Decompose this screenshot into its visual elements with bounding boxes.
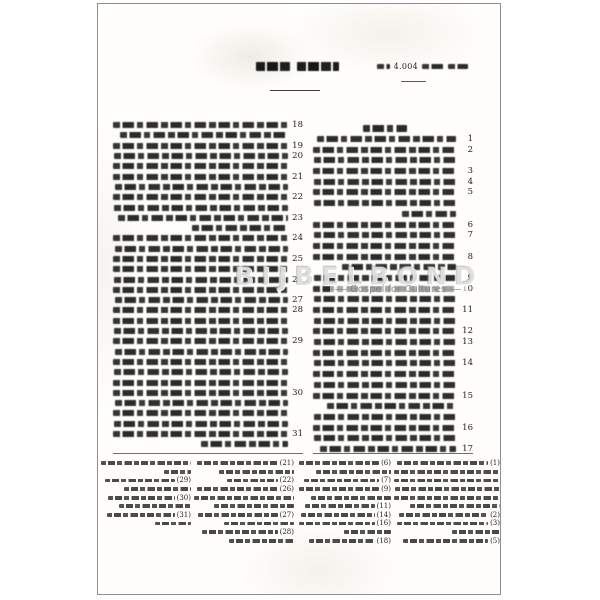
footnote-line: [194, 536, 294, 545]
footnote-number: (1): [490, 459, 500, 467]
text-row: [313, 198, 473, 209]
text-line: [314, 200, 456, 206]
text-row: [313, 262, 473, 273]
text-line: [313, 328, 456, 334]
text-line: [314, 296, 456, 302]
footnote-number: (21): [280, 459, 294, 467]
footnote-line: [297, 468, 391, 477]
date-underline: [401, 81, 426, 82]
text-row: 15: [313, 390, 473, 401]
text-row: 10: [313, 283, 473, 294]
footnote-number: (26): [280, 485, 294, 493]
footnote-number: (6): [381, 459, 391, 467]
footnote-number: (31): [177, 511, 191, 519]
text-row: [313, 401, 473, 412]
text-row: 12: [313, 326, 473, 337]
footnote-column: (29)(30)(31): [101, 459, 191, 545]
verse-number: 29: [288, 336, 303, 346]
text-line: [320, 446, 456, 452]
footnote-line: [394, 485, 500, 494]
footnote-line: (27): [194, 511, 294, 520]
text-row: 16: [313, 422, 473, 433]
text-line: [113, 266, 288, 272]
text-line: [313, 307, 456, 313]
text-line: [113, 318, 288, 324]
verse-number: 4: [456, 177, 473, 187]
footnote-line: (22): [194, 476, 294, 485]
running-head: 4.004: [377, 62, 468, 71]
text-row: [313, 294, 473, 305]
text-row: 11: [313, 305, 473, 316]
verse-number: 22: [288, 192, 303, 202]
footnote-line: [394, 528, 500, 537]
verse-number: 7: [456, 230, 473, 240]
text-row: 7: [313, 230, 473, 241]
verse-number: 25: [288, 254, 303, 264]
footnote-line: (3): [394, 519, 500, 528]
text-line: [313, 371, 456, 377]
footnote-line: [101, 519, 191, 528]
text-row: 1: [313, 134, 473, 145]
text-line: [113, 410, 288, 416]
footnote-line: [194, 502, 294, 511]
text-row: [113, 161, 303, 171]
text-line: [402, 211, 456, 217]
text-line: [118, 215, 288, 221]
text-row: 20: [113, 151, 303, 161]
text-row: [313, 433, 473, 444]
footnote-line: (2): [394, 511, 500, 520]
verse-number: 21: [288, 172, 303, 182]
text-row: [113, 264, 303, 274]
running-head-word: [448, 64, 468, 69]
text-row: [113, 377, 303, 387]
text-line: [313, 286, 456, 292]
text-row: 9: [313, 273, 473, 284]
text-line: [313, 425, 456, 431]
text-line: [115, 297, 288, 303]
book-title: [256, 62, 339, 71]
text-row: [113, 419, 303, 429]
verse-number: 11: [456, 305, 473, 315]
verse-number: 26: [288, 275, 303, 285]
text-row: 6: [313, 219, 473, 230]
verse-number: 20: [288, 151, 303, 161]
footnote-line: [194, 519, 294, 528]
verse-number: 13: [456, 337, 473, 347]
footnote-line: (26): [194, 485, 294, 494]
text-row: 29: [113, 336, 303, 346]
text-row: [313, 209, 473, 220]
verse-number: 15: [456, 391, 473, 401]
footnote-number: (29): [177, 476, 191, 484]
verse-number: 24: [288, 233, 303, 243]
footnote-line: (29): [101, 476, 191, 485]
text-line: [115, 184, 288, 190]
date-number: 4.004: [394, 62, 418, 71]
text-line: [314, 435, 456, 441]
text-row: 2: [313, 144, 473, 155]
verse-number: 18: [288, 120, 303, 130]
text-row: 30: [113, 388, 303, 398]
verse-number: 2: [456, 145, 473, 155]
text-row: [313, 315, 473, 326]
footnote-line: (16): [297, 519, 391, 528]
text-line: [314, 179, 456, 185]
text-line: [113, 431, 288, 437]
text-line: [113, 380, 288, 386]
footnote-number: (7): [381, 476, 391, 484]
chapter-heading: [363, 125, 407, 132]
footnote-column: (1)(2)(3)(5): [394, 459, 500, 545]
text-row: [113, 326, 303, 336]
text-row: 21: [113, 171, 303, 181]
text-line: [113, 174, 288, 180]
footnote-line: [297, 528, 391, 537]
footnote-line: [394, 476, 500, 485]
footnote-line: (9): [297, 485, 391, 494]
text-row: [113, 244, 303, 254]
footnote-line: [101, 485, 191, 494]
text-row: 4: [313, 176, 473, 187]
footnote-line: [101, 468, 191, 477]
text-line: [314, 318, 456, 324]
text-row: [313, 369, 473, 380]
text-line: [115, 400, 288, 406]
verse-number: 3: [456, 166, 473, 176]
text-line: [313, 168, 456, 174]
text-line: [313, 189, 456, 195]
text-row: 23: [113, 213, 303, 223]
text-line: [314, 157, 456, 163]
verse-number: 8: [456, 252, 473, 262]
footnote-line: (14): [297, 511, 391, 520]
text-row: [113, 316, 303, 326]
text-row: 25: [113, 254, 303, 264]
text-line: [113, 143, 288, 149]
footnote-column: (21)(22)(26)(27)(28): [194, 459, 294, 545]
text-line: [114, 369, 288, 375]
text-line: [314, 275, 456, 281]
text-line: [113, 338, 288, 344]
footnote-number: (16): [377, 519, 391, 527]
text-row: [313, 155, 473, 166]
text-row: [313, 123, 473, 134]
footnote-separator-left: [113, 453, 303, 454]
footnote-line: (31): [101, 511, 191, 520]
footnote-line: [194, 468, 294, 477]
text-line: [113, 359, 288, 365]
text-line: [314, 382, 456, 388]
footnote-number: (27): [280, 511, 294, 519]
text-row: [113, 357, 303, 367]
verse-number: 9: [456, 273, 473, 283]
text-line: [113, 390, 288, 396]
text-row: 8: [313, 251, 473, 262]
text-line: [115, 349, 288, 355]
text-column-left: 1819202122232425262728293031: [113, 120, 303, 450]
text-line: [313, 222, 456, 228]
footnote-line: [297, 493, 391, 502]
text-row: [113, 408, 303, 418]
footnote-line: (7): [297, 476, 391, 485]
text-row: [113, 285, 303, 295]
footnote-number: (28): [280, 528, 294, 536]
footnote-line: [394, 493, 500, 502]
text-line: [114, 153, 288, 159]
text-line: [192, 225, 288, 231]
text-line: [114, 328, 288, 334]
text-row: [313, 241, 473, 252]
footnote-number: (3): [490, 519, 500, 527]
text-row: 27: [113, 295, 303, 305]
text-row: 18: [113, 120, 303, 130]
text-line: [317, 136, 456, 142]
footnote-number: (18): [377, 537, 391, 545]
text-line: [314, 360, 456, 366]
text-row: 3: [313, 166, 473, 177]
text-column-right: 1234567891011121314151617: [313, 123, 473, 454]
verse-number: 10: [456, 284, 473, 294]
footnote-number: (14): [377, 511, 391, 519]
footnote-line: [194, 493, 294, 502]
text-line: [113, 194, 288, 200]
text-line: [313, 254, 456, 260]
text-row: [113, 130, 303, 140]
text-row: 14: [313, 358, 473, 369]
verse-number: 1: [456, 134, 473, 144]
text-line: [113, 163, 288, 169]
text-row: [113, 223, 303, 233]
text-row: [113, 398, 303, 408]
text-row: [313, 347, 473, 358]
verse-number: 16: [456, 423, 473, 433]
text-line: [120, 132, 288, 138]
text-row: 31: [113, 429, 303, 439]
text-line: [201, 441, 289, 447]
text-row: [113, 182, 303, 192]
text-line: [313, 393, 456, 399]
text-line: [314, 414, 456, 420]
text-line: [313, 147, 456, 153]
running-head-word: [422, 64, 444, 69]
footnote-line: (18): [297, 536, 391, 545]
text-row: [113, 439, 303, 449]
verse-number: 14: [456, 358, 473, 368]
text-row: 22: [113, 192, 303, 202]
text-line: [113, 287, 288, 293]
text-row: 28: [113, 305, 303, 315]
text-line: [113, 307, 288, 313]
text-line: [114, 277, 288, 283]
verse-number: 28: [288, 305, 303, 315]
text-row: [113, 202, 303, 212]
text-row: [313, 380, 473, 391]
text-row: 26: [113, 274, 303, 284]
footnote-separator-right: [313, 453, 473, 454]
footnote-number: (2): [490, 511, 500, 519]
text-line: [114, 205, 288, 211]
footnote-number: (22): [280, 476, 294, 484]
text-line: [313, 243, 456, 249]
footnote-line: [101, 502, 191, 511]
scanned-page: 4.004 1234567891011121314151617 18192021…: [97, 3, 501, 595]
text-line: [314, 339, 456, 345]
text-row: [113, 367, 303, 377]
text-row: [313, 412, 473, 423]
book-page-photo: 4.004 1234567891011121314151617 18192021…: [0, 0, 600, 600]
footnote-column: (6)(7)(9)(11)(14)(16)(18): [297, 459, 391, 545]
text-row: [113, 347, 303, 357]
footnote-line: [101, 459, 191, 468]
footnote-line: (1): [394, 459, 500, 468]
verse-number: 31: [288, 429, 303, 439]
footnote-number: (11): [377, 502, 391, 510]
text-line: [327, 403, 456, 409]
footnote-line: (6): [297, 459, 391, 468]
footnote-number: (5): [490, 537, 500, 545]
text-line: [115, 246, 288, 252]
verse-number: 19: [288, 141, 303, 151]
verse-number: 27: [288, 295, 303, 305]
title-word: [297, 62, 339, 71]
verse-number: 6: [456, 220, 473, 230]
footnotes: (1)(2)(3)(5)(6)(7)(9)(11)(14)(16)(18)(21…: [101, 459, 500, 545]
text-line: [114, 421, 288, 427]
footnote-line: [394, 502, 500, 511]
verse-number: 23: [288, 213, 303, 223]
running-head-word: [377, 64, 390, 69]
footnote-line: (28): [194, 528, 294, 537]
footnote-line: (30): [101, 493, 191, 502]
footnote-line: (11): [297, 502, 391, 511]
footnote-line: [394, 468, 500, 477]
verse-number: 30: [288, 388, 303, 398]
text-row: 19: [113, 141, 303, 151]
footnote-number: (9): [381, 485, 391, 493]
footnote-line: (21): [194, 459, 294, 468]
text-row: 5: [313, 187, 473, 198]
text-line: [342, 264, 456, 270]
text-line: [113, 256, 288, 262]
verse-number: 12: [456, 326, 473, 336]
text-row: 24: [113, 233, 303, 243]
footnote-number: (30): [177, 494, 191, 502]
title-rule: [270, 90, 320, 91]
text-line: [314, 232, 456, 238]
text-line: [113, 122, 288, 128]
verse-number: 5: [456, 187, 473, 197]
footnote-line: (5): [394, 536, 500, 545]
text-line: [313, 350, 456, 356]
title-word: [256, 62, 290, 71]
text-row: 13: [313, 337, 473, 348]
text-line: [113, 235, 288, 241]
